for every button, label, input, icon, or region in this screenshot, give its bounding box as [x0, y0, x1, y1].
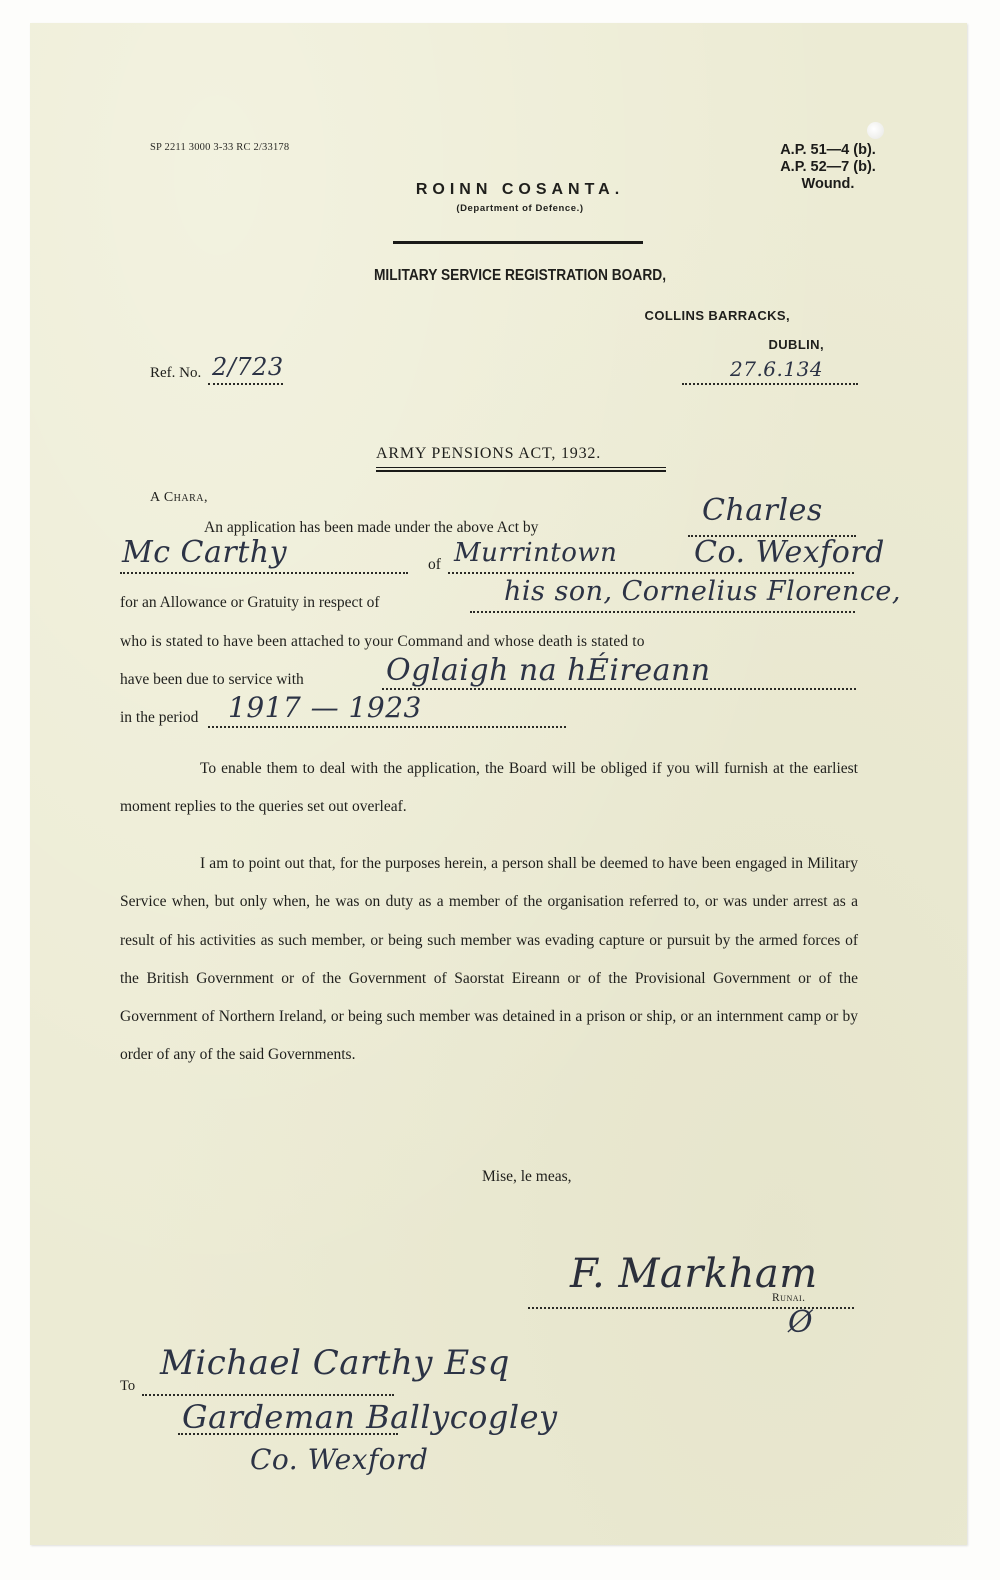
ap-ref-line: A.P. 51—4 (b). [762, 142, 894, 159]
act-title: ARMY PENSIONS ACT, 1932. [376, 445, 601, 463]
townland-handwritten: Murrintown [454, 538, 617, 568]
closing: Mise, le meas, [482, 1168, 572, 1186]
county-handwritten: Co. Wexford [694, 535, 885, 570]
act-title-underline [376, 467, 666, 468]
ref-label: Ref. No. [150, 365, 201, 382]
applicant-first-name-handwritten: Charles [702, 493, 823, 528]
to-dotted-line-1 [142, 1394, 394, 1396]
address-line-1: COLLINS BARRACKS, [570, 308, 790, 323]
letter-page: SP 2211 3000 3-33 RC 2/33178 A.P. 51—4 (… [30, 23, 967, 1545]
print-code: SP 2211 3000 3-33 RC 2/33178 [150, 142, 289, 153]
period-line: in the period [120, 709, 198, 727]
header-divider [393, 241, 643, 244]
address-line-2: DUBLIN, [670, 337, 824, 352]
attached-line: who is stated to have been attached to y… [120, 633, 645, 651]
applicant-surname-handwritten: Mc Carthy [122, 535, 287, 570]
act-title-underline [376, 470, 666, 472]
paragraph-enable: To enable them to deal with the applicat… [120, 750, 858, 827]
signatory-title: Runai. [772, 1292, 806, 1304]
service-dotted-line [382, 688, 856, 690]
to-line-2-handwritten: Gardeman Ballycogley [182, 1398, 558, 1436]
period-handwritten: 1917 — 1923 [228, 691, 422, 724]
salutation: A Chara, [150, 490, 208, 506]
to-line-1-handwritten: Michael Carthy Esq [160, 1343, 510, 1383]
initial-handwritten: Ø [788, 1305, 813, 1340]
ref-number-handwritten: 2/723 [212, 353, 284, 381]
signature-handwritten: F. Markham [570, 1251, 818, 1297]
date-handwritten: 27.6.134 [730, 357, 823, 381]
date-dotted-line [682, 383, 858, 385]
ref-dotted-line [208, 383, 283, 385]
ap-ref-line: Wound. [762, 176, 894, 193]
service-handwritten: Oglaigh na hÉireann [386, 653, 711, 688]
department-subtitle: (Department of Defence.) [370, 203, 670, 214]
paragraph-point-out: I am to point out that, for the purposes… [120, 845, 858, 1075]
address-dotted-line [448, 572, 854, 574]
period-dotted-line [208, 726, 566, 728]
punch-hole [867, 122, 884, 139]
board-title: MILITARY SERVICE REGISTRATION BOARD, [202, 267, 838, 285]
to-label: To [120, 1378, 135, 1395]
ap-ref-line: A.P. 52—7 (b). [762, 159, 894, 176]
ap-reference-block: A.P. 51—4 (b). A.P. 52—7 (b). Wound. [762, 142, 894, 193]
service-line: have been due to service with [120, 671, 304, 689]
applicant-surname-dotted-line [120, 572, 408, 574]
respect-dotted-line [470, 611, 855, 613]
respect-line: for an Allowance or Gratuity in respect … [120, 594, 380, 612]
respect-of-handwritten: his son, Cornelius Florence, [504, 576, 901, 607]
department-title: ROINN COSANTA. [370, 181, 670, 199]
of-label: of [428, 556, 441, 574]
to-line-3-handwritten: Co. Wexford [250, 1443, 428, 1476]
